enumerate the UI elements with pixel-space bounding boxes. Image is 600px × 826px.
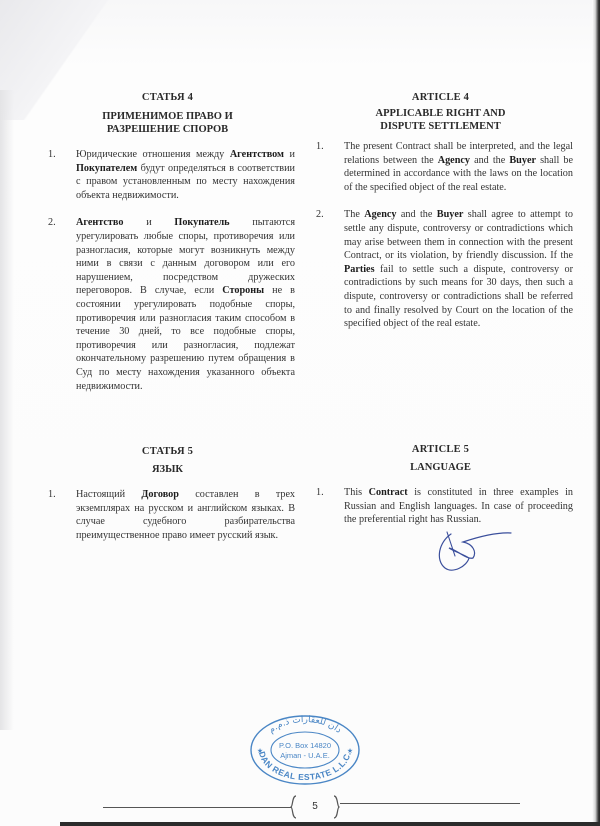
page-footer: 5: [100, 790, 520, 820]
en-article-5-title: ARTICLE 5: [308, 444, 573, 455]
en-article-4-subtitle-1: APPLICABLE RIGHT AND: [308, 107, 573, 120]
en-article-5: ARTICLE 5 LANGUAGE 1. This Contract is c…: [308, 444, 573, 527]
svg-text:P.O. Box 14820: P.O. Box 14820: [279, 741, 331, 750]
footer-rule-right: [340, 803, 520, 804]
ru-article-4-clause-2: 2. Агентство и Покупатель пытаются урегу…: [40, 216, 295, 393]
en-article-4-title: ARTICLE 4: [308, 92, 573, 103]
ru-article-4-subtitle-2: РАЗРЕШЕНИЕ СПОРОВ: [40, 123, 295, 136]
svg-text:★: ★: [347, 747, 353, 755]
ru-article-5-title: СТАТЬЯ 5: [40, 446, 295, 457]
page-number: 5: [290, 794, 340, 820]
en-article-4-clause-2: 2. The Agency and the Buyer shall agree …: [308, 208, 573, 330]
svg-text:★: ★: [257, 747, 263, 755]
bottom-scan-edge: [60, 822, 600, 826]
document-page: СТАТЬЯ 4 ПРИМЕНИМОЕ ПРАВО И РАЗРЕШЕНИЕ С…: [0, 0, 600, 826]
signature-scribble-icon: [433, 530, 523, 575]
signature: [433, 530, 523, 580]
ru-article-5-clause-1: 1. Настоящий Договор составлен в трех эк…: [40, 488, 295, 542]
ru-article-4-clause-1: 1. Юридические отношения между Агентство…: [40, 148, 295, 202]
ru-article-4-subtitle-1: ПРИМЕНИМОЕ ПРАВО И: [40, 110, 295, 123]
en-article-4-clause-1: 1. The present Contract shall be interpr…: [308, 140, 573, 194]
en-article-5-subtitle: LANGUAGE: [308, 461, 573, 474]
right-scan-edge: [592, 0, 600, 826]
en-article-4-subtitle-2: DISPUTE SETTLEMENT: [308, 120, 573, 133]
ru-article-5: СТАТЬЯ 5 ЯЗЫК 1. Настоящий Договор соста…: [40, 446, 295, 542]
en-article-4: ARTICLE 4 APPLICABLE RIGHT AND DISPUTE S…: [308, 92, 573, 331]
ru-article-4: СТАТЬЯ 4 ПРИМЕНИМОЕ ПРАВО И РАЗРЕШЕНИЕ С…: [40, 92, 295, 393]
left-edge-shadow: [0, 90, 14, 730]
svg-text:دان للعقارات ذ.م.م: دان للعقارات ذ.م.م: [267, 715, 343, 736]
company-stamp: دان للعقارات ذ.م.م DAN REAL ESTATE L.L.C…: [249, 714, 361, 786]
svg-text:Ajman - U.A.E.: Ajman - U.A.E.: [280, 751, 330, 760]
footer-rule-left: [103, 807, 291, 808]
ru-article-5-subtitle: ЯЗЫК: [40, 463, 295, 476]
en-article-5-clause-1: 1. This Contract is constituted in three…: [308, 486, 573, 527]
ru-article-4-title: СТАТЬЯ 4: [40, 92, 295, 103]
